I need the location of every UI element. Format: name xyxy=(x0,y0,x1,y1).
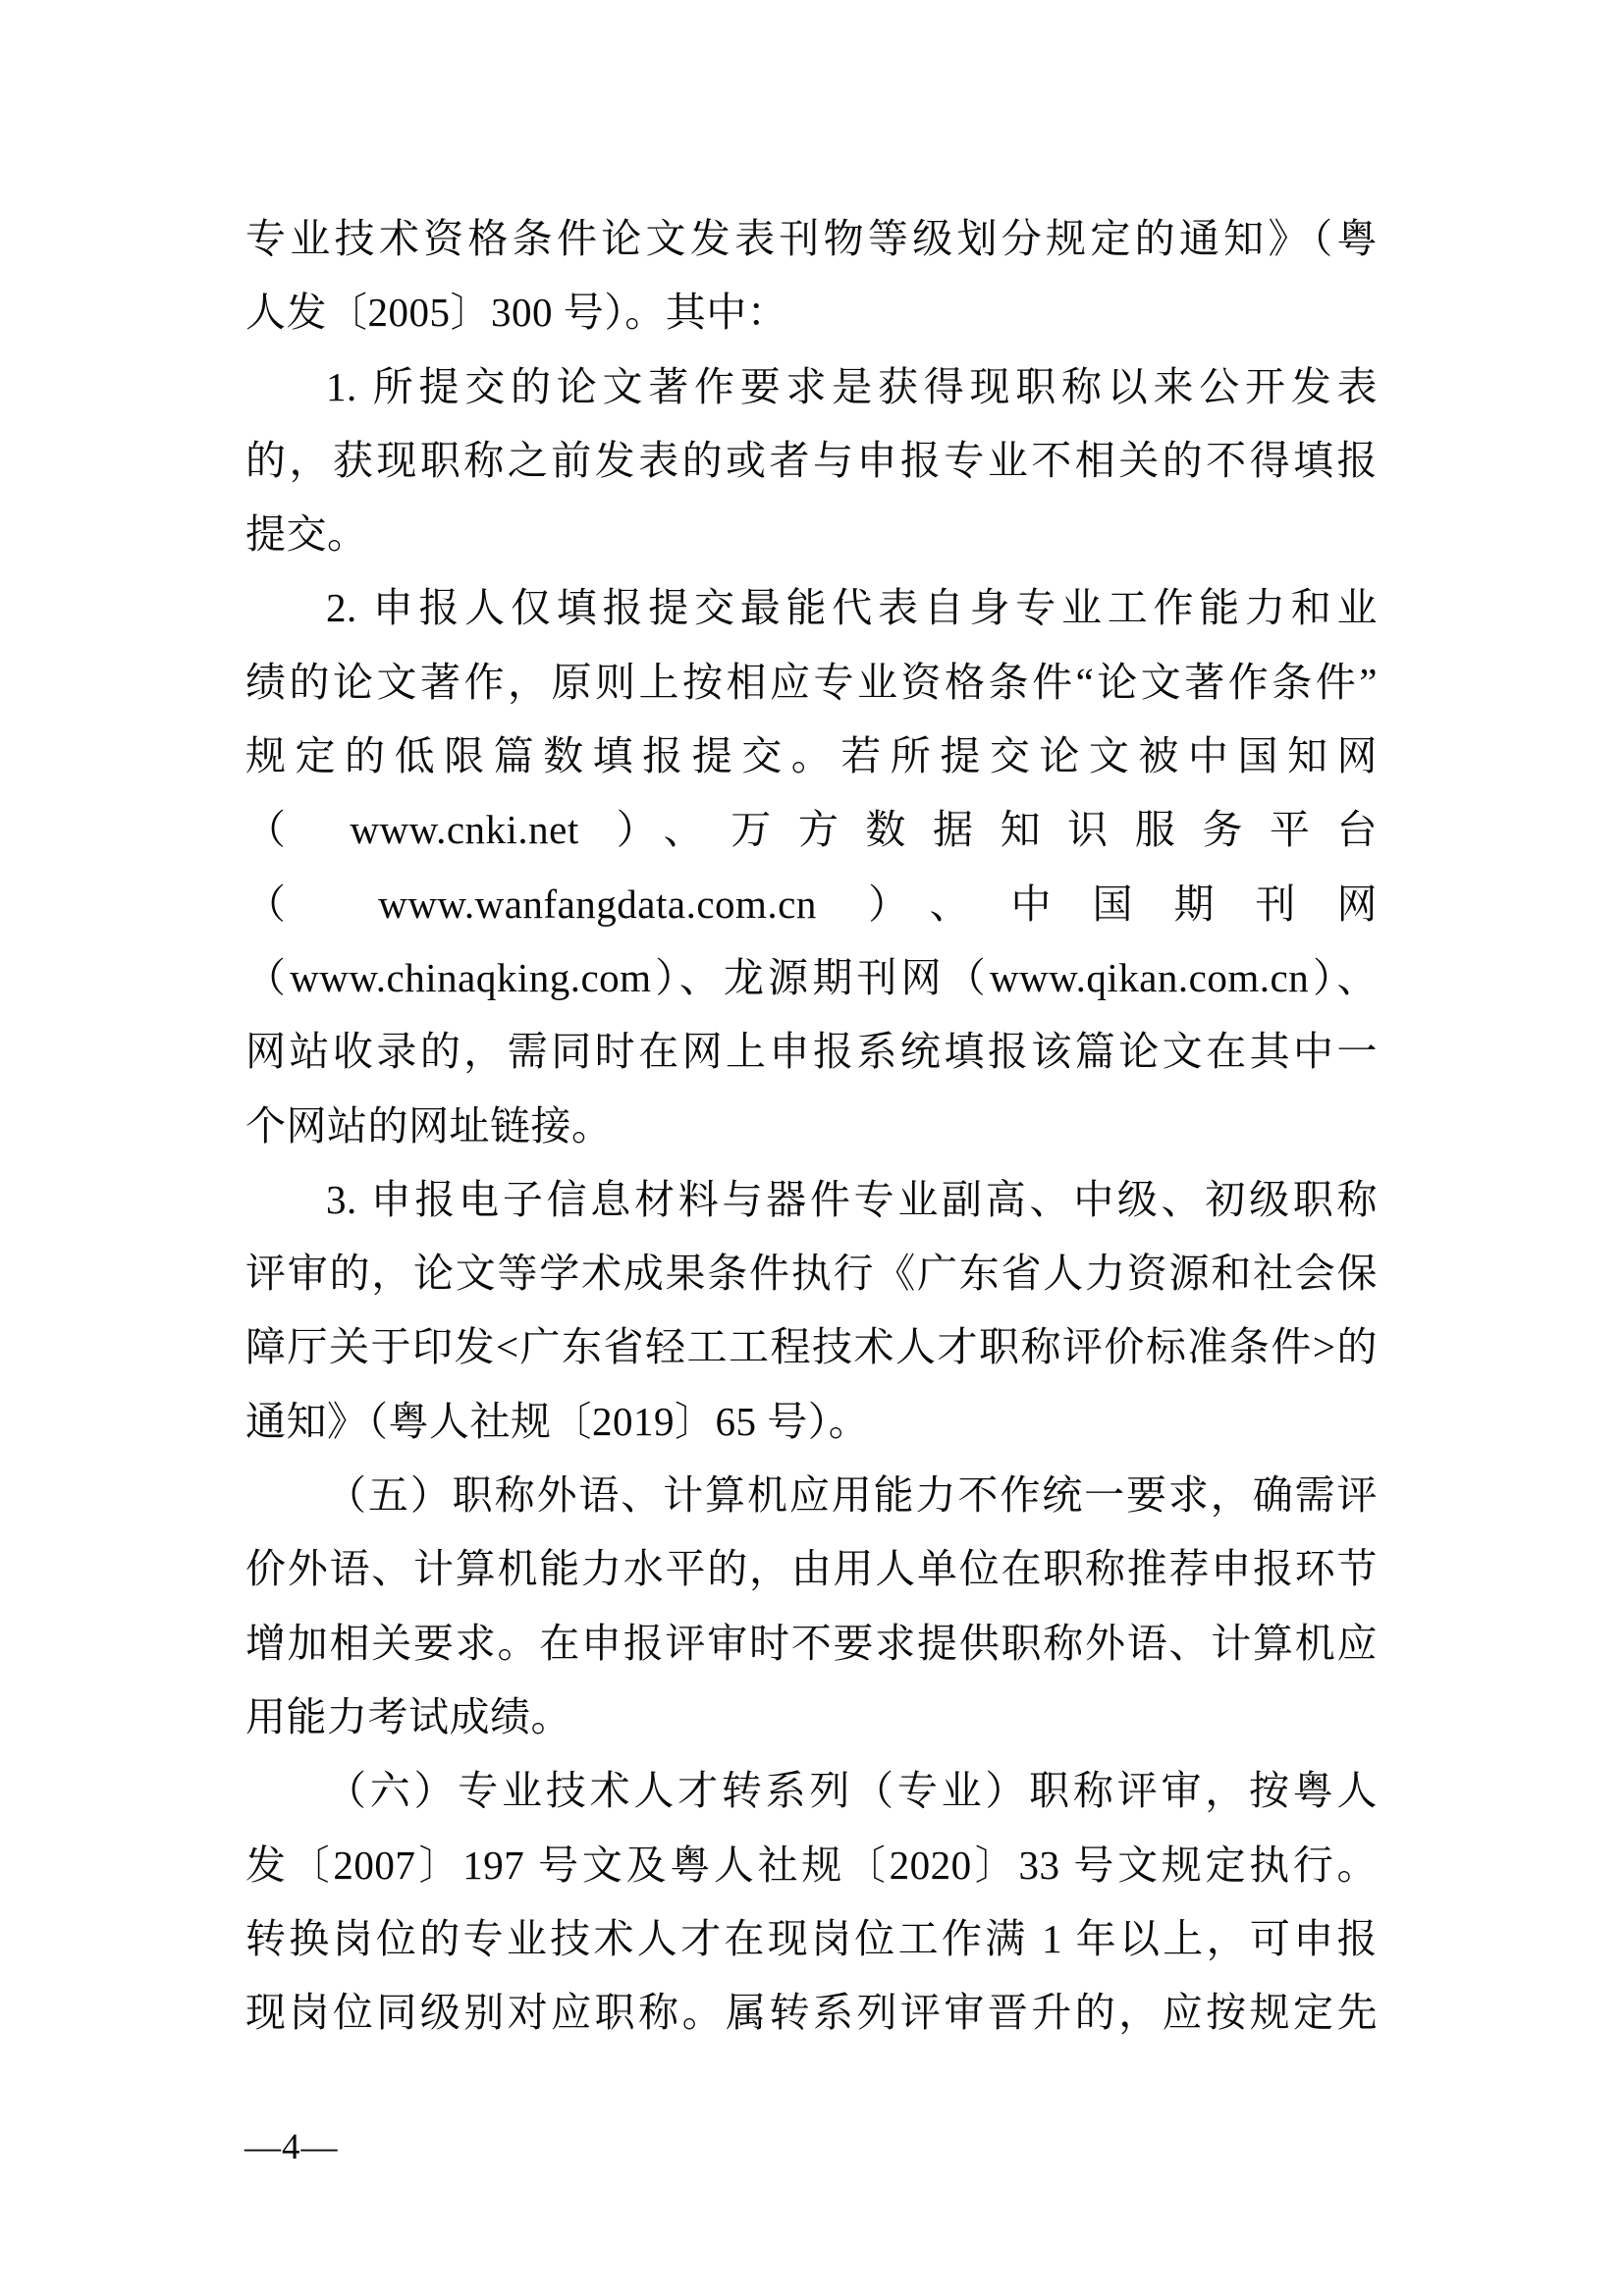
document-page: 专业技术资格条件论文发表刊物等级划分规定的通知》（粤人发〔2005〕300 号）… xyxy=(0,0,1624,2296)
text-line: 现岗位同级别对应职称。属转系列评审晋升的，应按规定先 xyxy=(245,1976,1378,2050)
text-line: 评审的，论文等学术成果条件执行《广东省人力资源和社会保 xyxy=(245,1237,1378,1310)
text-line: 人发〔2005〕300 号）。其中： xyxy=(245,276,1378,349)
text-line: 3. 申报电子信息材料与器件专业副高、中级、初级职称 xyxy=(245,1163,1378,1237)
text-line: 价外语、计算机能力水平的，由用人单位在职称推荐申报环节 xyxy=(245,1532,1378,1606)
text-line: （ www.cnki.net ）、万方数据知识服务平台 xyxy=(245,793,1378,867)
text-line: 通知》（粤人社规〔2019〕65 号）。 xyxy=(245,1385,1378,1459)
text-line: 用能力考试成绩。 xyxy=(245,1681,1378,1754)
text-line: （ www.wanfangdata.com.cn ）、中国期刊网 xyxy=(245,868,1378,941)
text-line: 转换岗位的专业技术人才在现岗位工作满 1 年以上，可申报 xyxy=(245,1902,1378,1976)
text-line: 的，获现职称之前发表的或者与申报专业不相关的不得填报 xyxy=(245,424,1378,498)
text-line: 绩的论文著作，原则上按相应专业资格条件“论文著作条件” xyxy=(245,646,1378,720)
text-line: 专业技术资格条件论文发表刊物等级划分规定的通知》（粤 xyxy=(245,202,1378,276)
text-line: 1. 所提交的论文著作要求是获得现职称以来公开发表 xyxy=(245,350,1378,424)
text-line: 2. 申报人仅填报提交最能代表自身专业工作能力和业 xyxy=(245,571,1378,645)
text-line: （五）职称外语、计算机应用能力不作统一要求，确需评 xyxy=(245,1459,1378,1532)
text-line: 障厅关于印发<广东省轻工工程技术人才职称评价标准条件>的 xyxy=(245,1310,1378,1384)
text-line: 增加相关要求。在申报评审时不要求提供职称外语、计算机应 xyxy=(245,1607,1378,1681)
text-line: （www.chinaqking.com）、龙源期刊网（www.qikan.com… xyxy=(245,941,1378,1015)
text-line: 网站收录的，需同时在网上申报系统填报该篇论文在其中一 xyxy=(245,1015,1378,1089)
text-line: 发〔2007〕197 号文及粤人社规〔2020〕33 号文规定执行。 xyxy=(245,1829,1378,1902)
page-number: —4— xyxy=(244,2128,339,2167)
text-line: （六）专业技术人才转系列（专业）职称评审，按粤人 xyxy=(245,1754,1378,1828)
text-line: 个网站的网址链接。 xyxy=(245,1090,1378,1163)
document-body: 专业技术资格条件论文发表刊物等级划分规定的通知》（粤人发〔2005〕300 号）… xyxy=(245,202,1378,2050)
text-line: 提交。 xyxy=(245,498,1378,571)
text-line: 规定的低限篇数填报提交。若所提交论文被中国知网 xyxy=(245,720,1378,793)
